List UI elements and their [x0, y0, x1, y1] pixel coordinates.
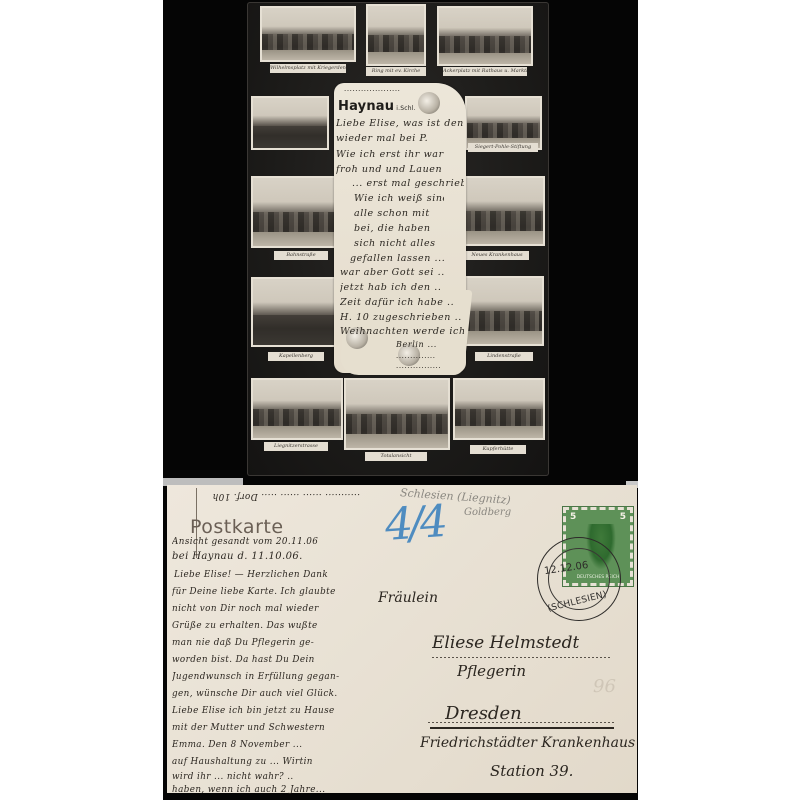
view-photo-kupferhuette: [453, 378, 545, 440]
address-rule: [432, 657, 612, 658]
message-line: Jugendwunsch in Erfüllung gegan-: [172, 672, 360, 682]
view-photo-wilhelmsplatz: [260, 6, 356, 62]
message-line: ..............: [396, 352, 466, 360]
message-line: bei Haynau d. 11.10.06.: [172, 551, 358, 562]
faint-pencil-number: 96: [593, 676, 616, 697]
view-caption: Wilhelmsplatz mit Kriegerdenkmal: [270, 64, 346, 73]
message-line: Berlin ...: [396, 340, 466, 349]
view-caption: Bahnstraße: [274, 251, 328, 260]
message-line: ....................: [344, 85, 439, 93]
message-line: war aber Gott sei ..: [340, 267, 464, 278]
message-line: ................: [396, 362, 466, 370]
pencil-note-district: Goldberg: [464, 507, 511, 518]
view-photo-totalansicht: [344, 378, 450, 450]
message-line: worden bist. Da hast Du Dein: [172, 655, 360, 665]
address-underline: [430, 727, 614, 729]
view-caption: Neues Krankenhaus: [465, 251, 529, 260]
message-line: alle schon mit: [354, 208, 444, 219]
message-line: Wie ich weiß sind: [354, 193, 444, 204]
town-name: Haynau: [338, 99, 394, 114]
message-line: bei, die haben: [354, 223, 444, 234]
view-caption: Liegnitzerstrasse: [264, 442, 328, 451]
message-line: Liebe Elise, was ist denn: [336, 118, 464, 129]
message-line: ........... ...... ...... ..... Dorf. 10…: [200, 491, 360, 501]
scroll-curl-top: [418, 92, 440, 114]
view-caption: Ackerplatz mit Rathaus u. Marktbrunnen: [443, 67, 527, 76]
message-line: auf Haushaltung zu ... Wirtin: [172, 757, 360, 767]
message-line: mit der Mutter und Schwestern: [172, 723, 360, 733]
message-line: Zeit dafür ich habe ..: [340, 297, 464, 308]
message-line: Emma. Den 8 November ...: [172, 740, 360, 750]
address-salutation: Fräulein: [378, 590, 438, 606]
view-photo-lindenstrasse: [462, 276, 544, 346]
blue-crayon-mark: 4/4: [383, 496, 445, 551]
view-photo-kapellenberg: [251, 277, 339, 347]
postkarte-heading: Postkarte: [190, 516, 284, 538]
message-line: froh und und Lauen: [336, 164, 464, 175]
message-line: nicht von Dir noch mal wieder: [172, 604, 360, 614]
address-station: Station 39.: [490, 762, 573, 780]
view-caption: Totalansicht: [365, 452, 427, 461]
address-city: Dresden: [445, 703, 522, 724]
view-photo-ackerplatz: [437, 6, 533, 66]
message-line: gefallen lassen ...: [350, 253, 464, 264]
view-photo-liegnitzerstrasse: [251, 378, 343, 440]
view-caption: Lindenstraße: [475, 352, 533, 361]
address-institution: Friedrichstädter Krankenhaus: [420, 735, 637, 751]
message-line: Wie ich erst ihr war: [336, 149, 464, 160]
stamp-value: 5: [570, 512, 576, 522]
view-caption: Siegert-Pohle-Stiftung: [468, 143, 538, 152]
address-title: Pflegerin: [457, 662, 526, 680]
message-line: für Deine liebe Karte. Ich glaubte: [172, 587, 360, 597]
view-caption: Kupferhütte: [470, 445, 526, 454]
message-line: gen, wünsche Dir auch viel Glück.: [172, 689, 360, 699]
view-photo-ring-kirche: [366, 4, 426, 66]
message-line: haben, wenn ich auch 2 Jahre...: [172, 785, 360, 795]
town-title: Haynaui.Schl.: [338, 99, 416, 114]
message-line: man nie daß Du Pflegerin ge-: [172, 638, 360, 648]
message-line: H. 10 zugeschrieben ..: [340, 312, 464, 323]
message-line: jetzt hab ich den ..: [340, 282, 464, 293]
stamp-value: 5: [620, 512, 626, 522]
message-line: Liebe Elise! — Herzlichen Dank: [174, 570, 360, 580]
town-region: i.Schl.: [396, 105, 415, 112]
view-photo-stiftung: [465, 96, 542, 150]
address-name: Eliese Helmstedt: [432, 633, 579, 653]
view-caption: Kapellenberg: [268, 352, 324, 361]
view-photo-river: [251, 96, 329, 150]
message-line: wieder mal bei P.: [336, 133, 464, 144]
message-line: sich nicht alles: [354, 238, 444, 249]
message-line: Grüße zu erhalten. Das wußte: [172, 621, 360, 631]
message-line: Liebe Elise ich bin jetzt zu Hause: [172, 706, 360, 716]
view-caption: Ring mit ev. Kirche: [366, 67, 426, 76]
message-line: Weihnachten werde ich: [340, 326, 464, 337]
message-line: wird ihr ... nicht wahr? ..: [172, 772, 360, 782]
message-line: ... erst mal geschrieben..: [352, 178, 464, 189]
address-rule: [428, 722, 614, 723]
message-line: Ansicht gesandt vom 20.11.06: [172, 537, 358, 547]
